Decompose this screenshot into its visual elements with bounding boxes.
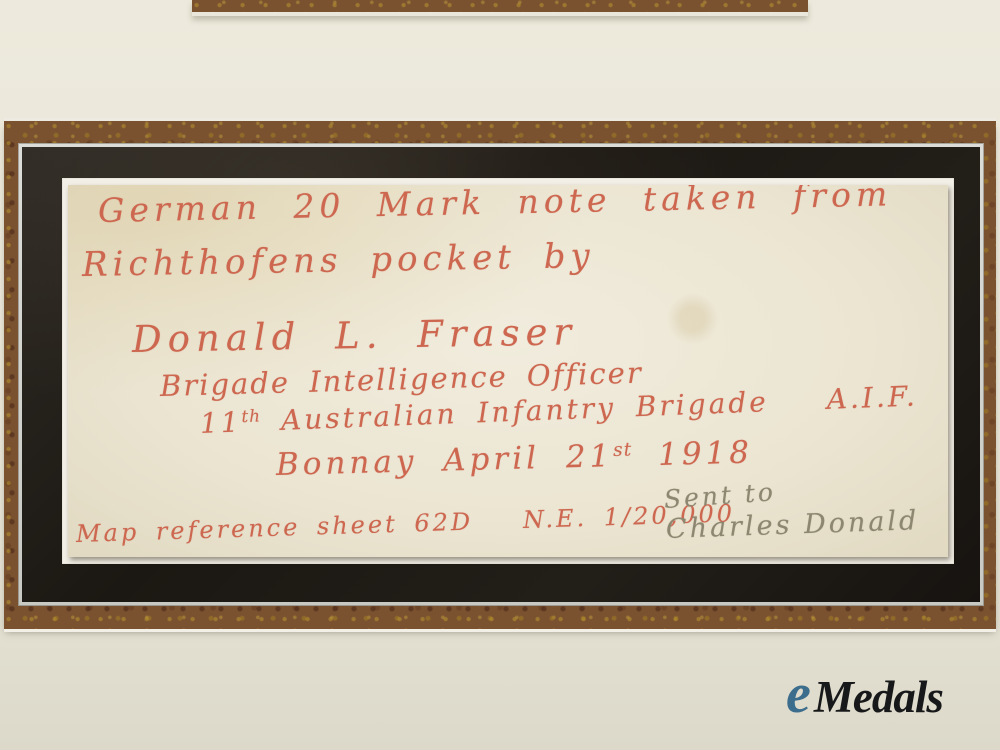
date-ordinal-suffix: st [613, 439, 633, 460]
brigade-number-suffix: th [241, 405, 261, 426]
date-year: 1918 [632, 435, 754, 474]
note-line-1: German 20 Mark note taken from [98, 185, 893, 230]
note-line-2: Richthofens pocket by [82, 236, 595, 285]
brigade-number: 11 [199, 405, 242, 440]
map-reference-line: Map reference sheet 62D N.E. 1/20,000 [76, 499, 736, 548]
note-line-3: Donald L. Fraser [132, 310, 578, 361]
watermark-e-letter: e [786, 666, 811, 722]
date-prefix: Bonnay April 21 [276, 438, 614, 483]
unit-abbreviation: A.I.F. [826, 379, 918, 415]
framed-note-photo: German 20 Mark note taken from Richthofe… [0, 0, 1000, 750]
emedals-watermark: e Medals [786, 666, 943, 722]
upper-mat-opening-band [192, 0, 808, 16]
pencil-note-sent-to: Sent to [663, 477, 777, 514]
mat-bevel-bottom-line [4, 629, 996, 632]
watermark-medals-text: Medals [814, 675, 943, 720]
note-paper: German 20 Mark note taken from Richthofe… [68, 185, 948, 557]
note-line-6: Bonnay April 21st 1918 [276, 435, 754, 483]
